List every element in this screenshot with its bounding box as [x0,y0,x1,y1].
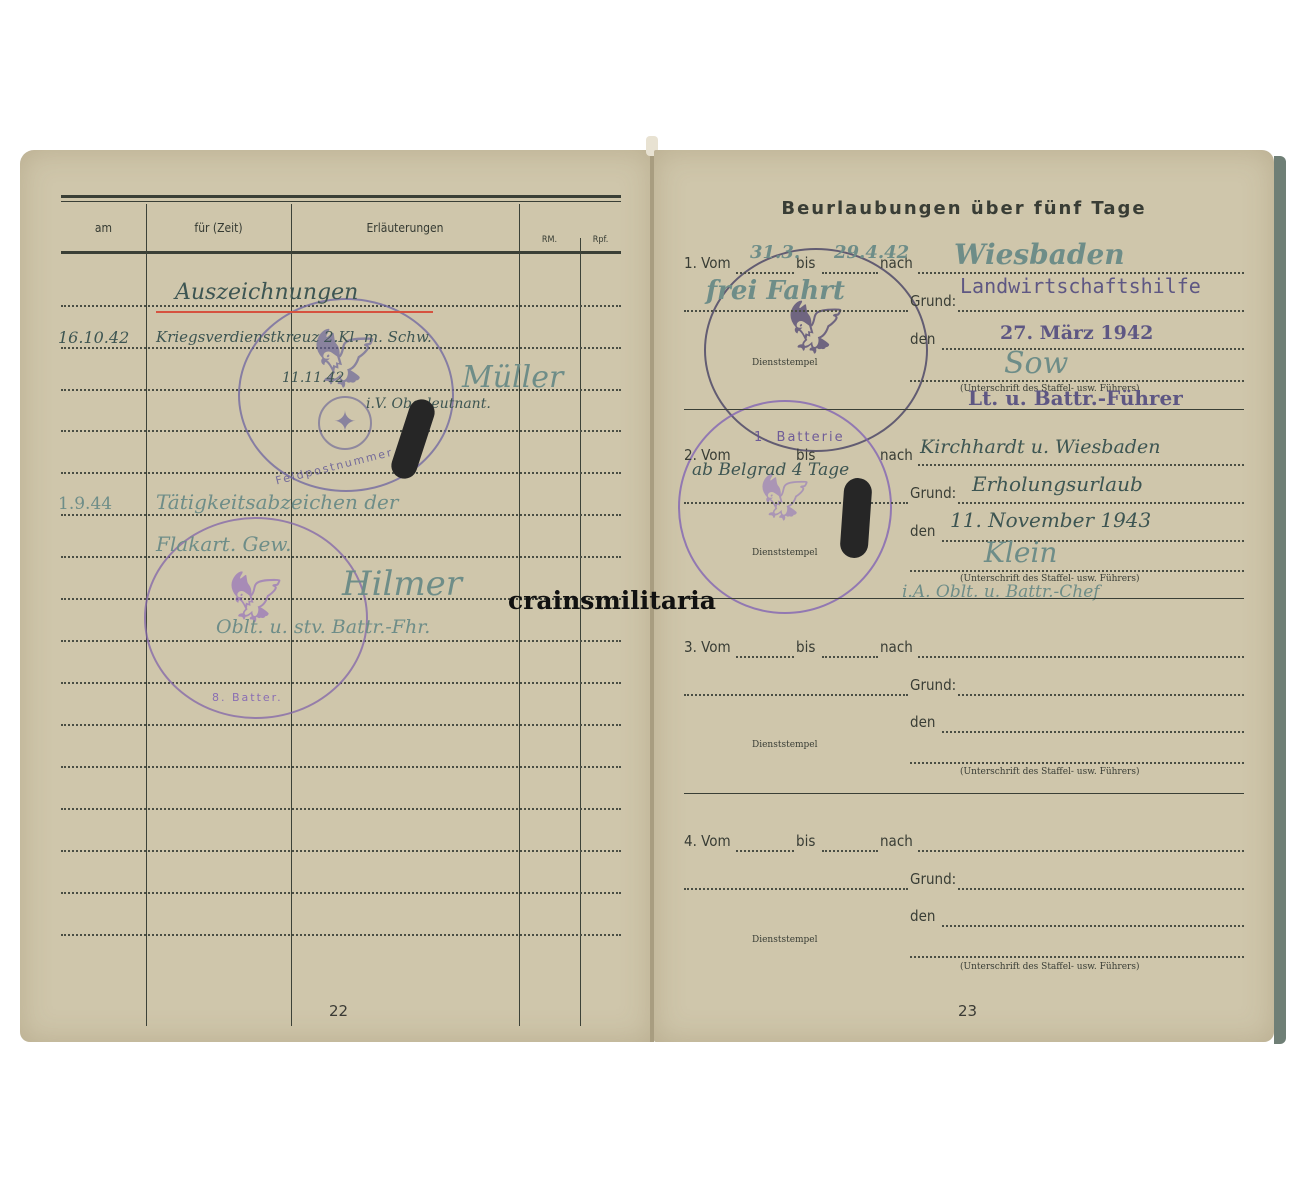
signature-caption: (Unterschrift des Staffel- usw. Führers) [960,767,1139,777]
den-value: 27. März 1942 [1000,322,1153,344]
grund-field [958,310,1244,312]
section-heading: Auszeichnungen [175,280,358,305]
table-row-line [61,934,621,936]
grund-label: Grund: [910,870,956,888]
header-erlaeuterungen: Erläuterungen [291,221,519,235]
bis-field [822,272,878,274]
grund-value: Erholungsurlaub [972,472,1143,496]
table-row-line [61,892,621,894]
den-label: den [910,522,935,540]
column-divider [580,238,581,1026]
heading-underline [156,311,433,313]
entry-text: Tätigkeitsabzeichen der [156,490,398,514]
header-rm: RM. [519,235,580,245]
header-rule-top-thin [61,201,621,202]
dienststempel-label: Dienststempel [752,935,818,945]
entry-number: 3. Vom [684,638,731,656]
table-row-line [61,514,621,516]
signature-field[interactable] [910,956,1244,958]
entry-divider [684,793,1244,794]
table-row-line [61,850,621,852]
signature: Sow [1004,346,1068,381]
right-page: Beurlaubungen über fünf Tage 🦅︎ 🦅︎ 1. Ba… [654,150,1274,1042]
den-field[interactable] [942,731,1244,733]
vom-value: 31.3. [750,242,800,263]
grund-field[interactable] [958,694,1244,696]
signer-title: i.A. Oblt. u. Battr.-Chef [902,582,1100,602]
stamp-text: 8. Batter. [212,691,283,704]
header-am: am [61,221,146,235]
header-fuer-zeit: für (Zeit) [146,221,291,235]
entry-sub-date: 11.11.42 [282,370,344,386]
signature-caption: (Unterschrift des Staffel- usw. Führers) [960,962,1139,972]
bis-field[interactable] [822,850,878,852]
grund-field[interactable] [958,888,1244,890]
dienststempel-label: Dienststempel [752,740,818,750]
nach-label: nach [880,638,913,656]
nach-value: Kirchhardt u. Wiesbaden [920,436,1160,458]
den-field [942,348,1244,350]
page-number: 23 [958,1002,977,1020]
vom-field [736,272,794,274]
nach-field [918,464,1244,466]
nach-field[interactable] [918,850,1244,852]
ink-blot [839,477,873,559]
entry-number: 1. Vom [684,254,731,272]
note-value: ab Belgrad 4 Tage [692,460,849,480]
stamp-text: Feldpostnummer [274,446,395,488]
bis-field[interactable] [822,656,878,658]
entry-date: 16.10.42 [58,328,129,347]
signature-field[interactable] [910,762,1244,764]
den-field[interactable] [942,925,1244,927]
signature: Müller [462,360,563,395]
signature: Hilmer [342,564,462,604]
nach-field[interactable] [918,656,1244,658]
note-value: frei Fahrt [706,276,845,306]
signer-title: Lt. u. Battr.-Führer [968,386,1183,410]
note-field [684,502,908,504]
den-label: den [910,330,935,348]
signature: Klein [984,536,1057,569]
header-rpf: Rpf. [580,235,621,245]
table-row-line [61,724,621,726]
den-value: 11. November 1943 [950,508,1151,532]
stamp-text: 1. Batterie [754,430,845,445]
grund-value: Landwirtschaftshilfe [960,274,1201,298]
table-row-line [61,766,621,768]
signature-field [910,570,1244,572]
grund-label: Grund: [910,484,956,502]
grund-label: Grund: [910,292,956,310]
entry-date: 1.9.44 [58,494,112,514]
nach-value: Wiesbaden [954,238,1125,271]
vom-field[interactable] [736,656,794,658]
page-number: 22 [329,1002,348,1020]
watermark: crainsmilitaria [508,586,716,615]
wreath-emblem-icon: ✦ [318,396,372,450]
eagle-emblem-icon: 🦅︎ [746,300,886,356]
note-field[interactable] [684,694,908,696]
nach-label: nach [880,446,913,464]
note-field [684,310,908,312]
nach-label: nach [880,832,913,850]
grund-label: Grund: [910,676,956,694]
table-row-line [61,808,621,810]
book-cover-edge [1274,156,1286,1044]
bis-label: bis [796,832,815,850]
vom-field[interactable] [736,850,794,852]
den-label: den [910,907,935,925]
note-field[interactable] [684,888,908,890]
header-rule-bottom [61,251,621,254]
bis-value: 29.4.42 [834,242,909,263]
den-label: den [910,713,935,731]
dienststempel-label: Dienststempel [752,358,818,368]
header-rule-top [61,195,621,198]
signer-title: Oblt. u. stv. Battr.-Fhr. [216,616,430,638]
entry-number: 4. Vom [684,832,731,850]
bis-label: bis [796,638,815,656]
column-divider [519,204,520,1026]
grund-field [958,502,1244,504]
entry-divider [684,598,1244,599]
signature-field [910,380,1244,382]
page-title: Beurlaubungen über fünf Tage [654,198,1274,219]
dienststempel-label: Dienststempel [752,548,818,558]
entry-text: Flakart. Gew. [156,532,291,556]
entry-divider [684,409,1244,410]
entry-text: Kriegsverdienstkreuz 2.Kl. m. Schw. [156,328,432,346]
